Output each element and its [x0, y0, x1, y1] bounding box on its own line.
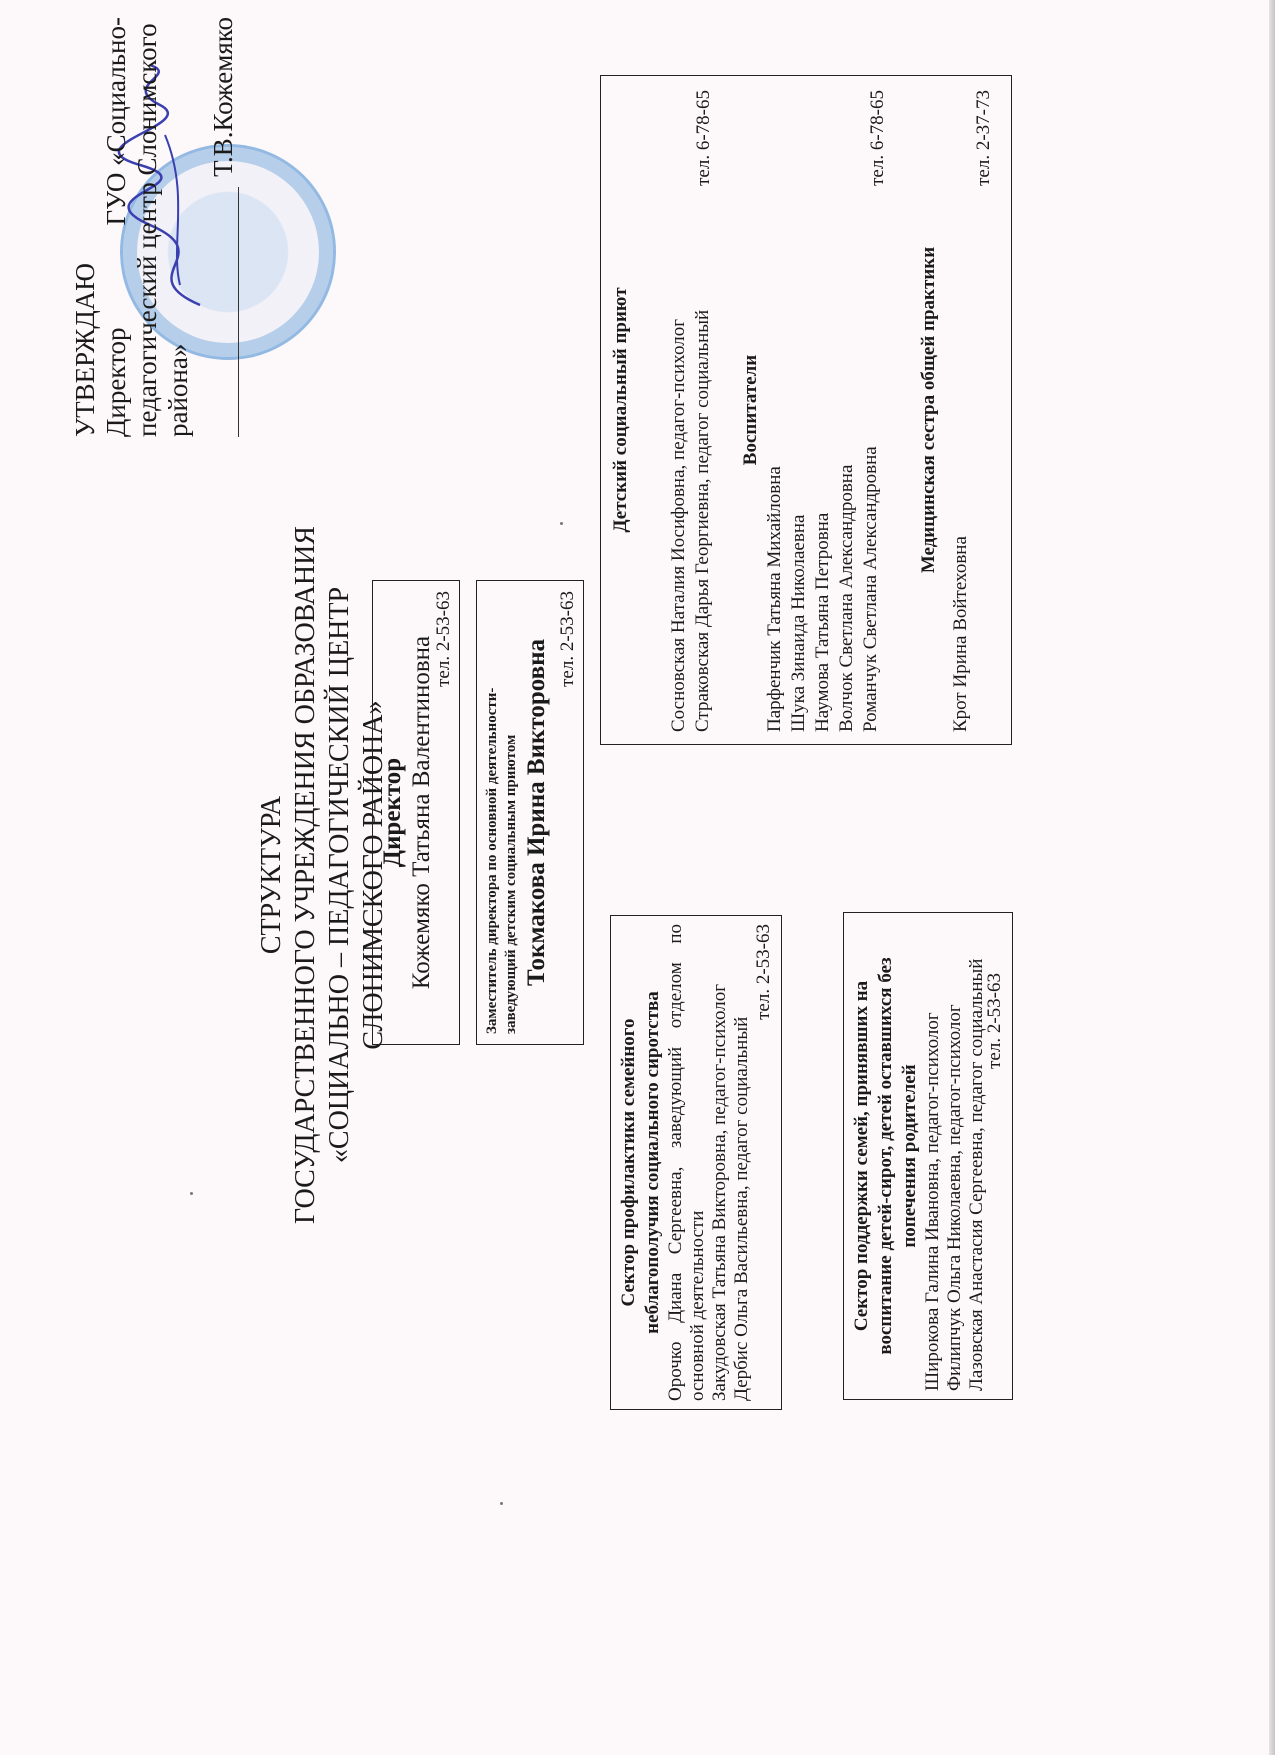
- approval-label: УТВЕРЖДАЮ: [70, 17, 101, 437]
- sector2-heading-3: попечения родителей: [898, 921, 922, 1391]
- director-box: Директор Кожемяко Татьяна Валентиновна т…: [372, 580, 460, 1045]
- deputy-phone: тел. 2-53-63: [557, 591, 579, 687]
- scan-speck: [420, 747, 423, 750]
- title-line-1: СТРУКТУРА: [255, 480, 289, 1270]
- deputy-role-line2: заведующий детским социальным приютом: [502, 591, 521, 1034]
- sector2-heading-2: воспитание детей-сирот, детей оставшихся…: [874, 921, 898, 1391]
- deputy-name: Токмакова Ирина Викторовна: [521, 591, 553, 1034]
- director-role: Директор: [379, 581, 407, 1044]
- shelter-staff-phone: тел. 6-78-65: [693, 90, 715, 186]
- sector1-staff-3: Дербис Ольга Васильевна, педагог социаль…: [731, 924, 753, 1401]
- signature-line: [208, 187, 239, 437]
- shelter-box: Детский социальный приют Сосновская Ната…: [600, 75, 1012, 745]
- sector1-staff-1: Орочко Диана Сергеевна, заведующий отдел…: [665, 924, 709, 1401]
- educator-3: Наумова Татьяна Петровна: [811, 88, 835, 732]
- title-line-2: ГОСУДАРСТВЕННОГО УЧРЕЖДЕНИЯ ОБРАЗОВАНИЯ: [289, 480, 323, 1270]
- sector-prevention-box: Сектор профилактики семейного неблагопол…: [610, 915, 782, 1410]
- document-page: УТВЕРЖДАЮ Директор ГУО «Социально- педаг…: [0, 0, 1275, 1755]
- shelter-heading: Детский социальный приют: [609, 88, 633, 732]
- sector2-phone: тел. 2-53-63: [984, 973, 1006, 1069]
- approval-signer: Т.В.Кожемяко: [208, 17, 239, 177]
- deputy-box: Заместитель директора по основной деятел…: [476, 580, 584, 1045]
- director-phone: тел. 2-53-63: [433, 591, 455, 687]
- shelter-staff-1: Сосновская Наталия Иосифовна, педагог-пс…: [667, 88, 691, 732]
- approval-position: Директор: [101, 327, 132, 437]
- sector-family-support-box: Сектор поддержки семей, принявших на вос…: [843, 912, 1013, 1400]
- sector1-heading-2: неблагополучия социального сиротства: [641, 924, 665, 1401]
- sector1-staff-2: Закудовская Татьяна Викторовна, педагог-…: [709, 924, 731, 1401]
- scan-speck: [500, 1502, 503, 1505]
- sector1-heading-1: Сектор профилактики семейного: [617, 924, 641, 1401]
- educator-1: Парфенчик Татьяна Михайловна: [763, 88, 787, 732]
- sector2-staff-2: Филипчук Ольга Николаевна, педагог-психо…: [944, 921, 966, 1391]
- sector1-phone: тел. 2-53-63: [753, 924, 775, 1401]
- educators-heading: Воспитатели: [739, 88, 763, 732]
- document-title: СТРУКТУРА ГОСУДАРСТВЕННОГО УЧРЕЖДЕНИЯ ОБ…: [255, 480, 391, 1270]
- approval-org-line1: ГУО «Социально-: [101, 17, 132, 226]
- nurse-name: Крот Ирина Войтеховна: [949, 88, 973, 732]
- sector2-heading-1: Сектор поддержки семей, принявших на: [850, 921, 874, 1391]
- educator-4: Волчок Светлана Александровна: [835, 88, 859, 732]
- approval-org-line2: педагогический центр Слонимского: [132, 17, 163, 437]
- nurse-heading: Медицинская сестра общей практики: [917, 88, 941, 732]
- educator-2: Шука Зинаида Николаевна: [787, 88, 811, 732]
- deputy-role-line1: Заместитель директора по основной деятел…: [483, 591, 502, 1034]
- scan-speck: [560, 522, 563, 525]
- nurse-phone: тел. 2-37-73: [973, 90, 995, 186]
- approval-org-line3: района»: [163, 17, 194, 437]
- approval-block: УТВЕРЖДАЮ Директор ГУО «Социально- педаг…: [70, 17, 239, 437]
- sector2-staff-1: Широкова Галина Ивановна, педагог-психол…: [922, 921, 944, 1391]
- educators-phone: тел. 6-78-65: [867, 90, 889, 186]
- scan-speck: [190, 1192, 193, 1195]
